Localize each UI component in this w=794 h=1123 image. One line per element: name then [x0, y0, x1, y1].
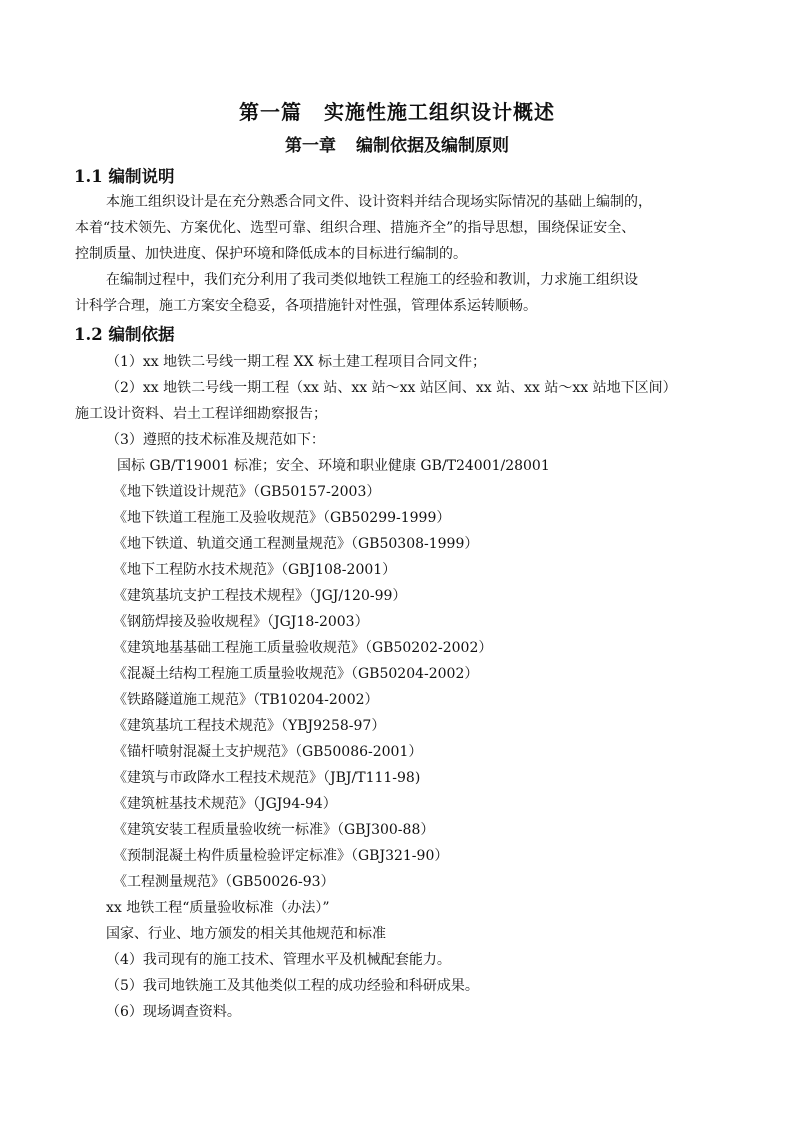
standard-item: 《铁路隧道施工规范》（TB10204-2002） — [113, 690, 379, 710]
chapter-title-text: 编制依据及编制原则 — [356, 136, 509, 156]
basis-item-2-cont: 施工设计资料、岩土工程详细勘察报告； — [75, 404, 327, 424]
other-standards-line: 国家、行业、地方颁发的相关其他规范和标准 — [106, 924, 386, 944]
standard-item: 《锚杆喷射混凝土支护规范》（GB50086-2001） — [113, 742, 422, 762]
chapter-title: 第一章编制依据及编制原则 — [0, 131, 794, 156]
paragraph-line: 本施工组织设计是在充分熟悉合同文件、设计资料并结合现场实际情况的基础上编制的， — [106, 192, 652, 212]
standard-item: 《工程测量规范》（GB50026-93） — [113, 872, 335, 892]
standard-item: 《地下铁道设计规范》（GB50157-2003） — [113, 482, 380, 502]
standard-item: 《地下铁道、轨道交通工程测量规范》（GB50308-1999） — [113, 534, 478, 554]
paragraph-line: 在编制过程中，我们充分利用了我司类似地铁工程施工的经验和教训，力求施工组织设 — [106, 270, 638, 290]
standard-item: 《地下工程防水技术规范》（GBJ108-2001） — [113, 560, 396, 580]
paragraph-line: 本着“技术领先、方案优化、选型可靠、组织合理、措施齐全”的指导思想，围绕保证安全… — [75, 218, 635, 238]
section-heading-1-2: 1.2 编制依据 — [74, 321, 174, 345]
part-title: 第一篇实施性施工组织设计概述 — [0, 96, 794, 125]
standard-item: 《建筑安装工程质量验收统一标准》（GBJ300-88） — [113, 820, 434, 840]
standard-item: 《建筑基坑支护工程技术规程》（JGJ/120-99） — [113, 586, 406, 606]
standard-item: 《预制混凝土构件质量检验评定标准》（GBJ321-90） — [113, 846, 448, 866]
part-title-text: 实施性施工组织设计概述 — [324, 100, 555, 124]
national-standard-line: 国标 GB/T19001 标准；安全、环境和职业健康 GB/T24001/280… — [117, 456, 550, 476]
basis-item-5: （5）我司地铁施工及其他类似工程的成功经验和科研成果。 — [106, 976, 479, 996]
standard-item: 《地下铁道工程施工及验收规范》（GB50299-1999） — [113, 508, 450, 528]
paragraph-line: 计科学合理，施工方案安全稳妥，各项措施针对性强，管理体系运转顺畅。 — [75, 296, 537, 316]
paragraph-line: 控制质量、加快进度、保护环境和降低成本的目标进行编制的。 — [75, 244, 467, 264]
basis-item-3: （3）遵照的技术标准及规范如下： — [106, 430, 325, 450]
standard-item: 《建筑桩基技术规范》（JGJ94-94） — [113, 794, 337, 814]
basis-item-1: （1）xx 地铁二号线一期工程 XX 标土建工程项目合同文件； — [106, 352, 486, 372]
section-heading-1-1: 1.1 编制说明 — [74, 163, 174, 187]
quality-standard-line: xx 地铁工程“质量验收标准（办法）” — [106, 898, 330, 918]
standard-item: 《建筑基坑工程技术规范》（YBJ9258-97） — [113, 716, 385, 736]
part-title-prefix: 第一篇 — [239, 100, 302, 124]
document-page: 第一篇实施性施工组织设计概述 第一章编制依据及编制原则 1.1 编制说明 本施工… — [0, 0, 794, 1123]
basis-item-2: （2）xx 地铁二号线一期工程（xx 站、xx 站～xx 站区间、xx 站、xx… — [106, 378, 677, 398]
standard-item: 《建筑与市政降水工程技术规范》（JBJ/T111-98) — [113, 768, 420, 788]
standard-item: 《混凝土结构工程施工质量验收规范》（GB50204-2002） — [113, 664, 478, 684]
chapter-title-prefix: 第一章 — [285, 136, 336, 156]
standard-item: 《建筑地基基础工程施工质量验收规范》（GB50202-2002） — [113, 638, 492, 658]
standard-item: 《钢筋焊接及验收规程》（JGJ18-2003） — [113, 612, 369, 632]
basis-item-6: （6）现场调查资料。 — [106, 1002, 241, 1022]
basis-item-4: （4）我司现有的施工技术、管理水平及机械配套能力。 — [106, 950, 451, 970]
